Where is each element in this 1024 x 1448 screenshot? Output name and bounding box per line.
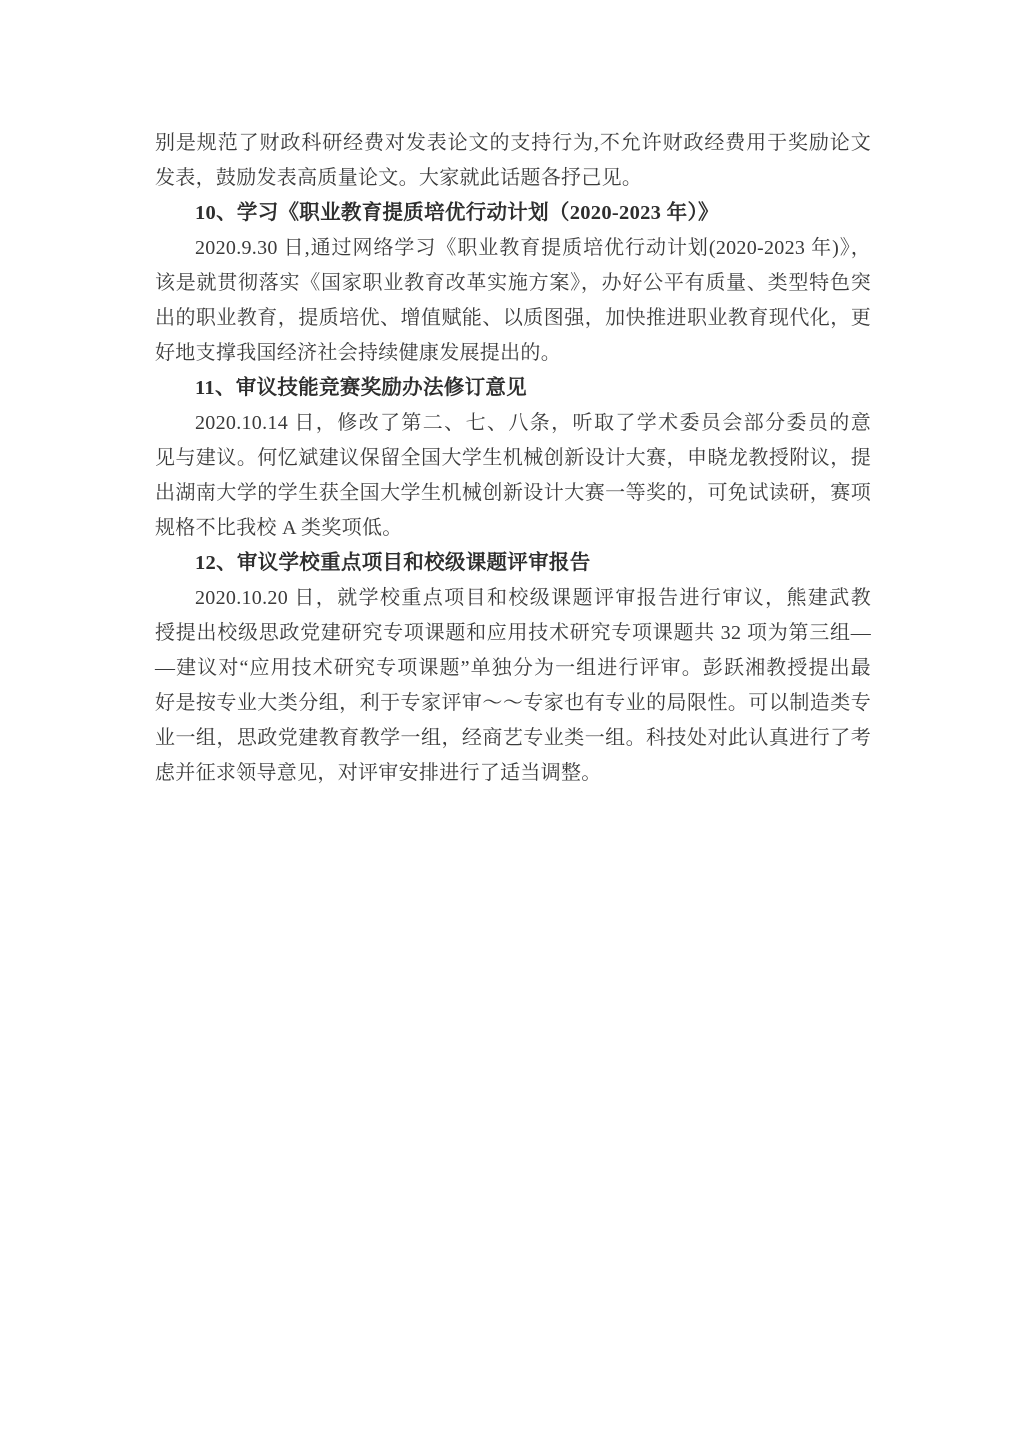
body-line: 别是规范了财政科研经费对发表论文的支持行为,不允许财政经费用于奖励论文	[155, 126, 871, 161]
body-line: 好是按专业大类分组，利于专家评审～～专家也有专业的局限性。可以制造类专	[155, 686, 871, 721]
body-line: 好地支撑我国经济社会持续健康发展提出的。	[155, 336, 871, 371]
body-line: 出的职业教育，提质培优、增值赋能、以质图强，加快推进职业教育现代化，更	[155, 301, 871, 336]
body-line: —建议对“应用技术研究专项课题”单独分为一组进行评审。彭跃湘教授提出最	[155, 651, 871, 686]
body-line: 2020.9.30 日,通过网络学习《职业教育提质培优行动计划(2020-202…	[155, 231, 871, 266]
body-line: 发表，鼓励发表高质量论文。大家就此话题各抒己见。	[155, 161, 871, 196]
section-10-heading: 10、学习《职业教育提质培优行动计划（2020-2023 年）》	[155, 196, 871, 231]
body-line: 规格不比我校 A 类奖项低。	[155, 511, 871, 546]
section-11-heading: 11、审议技能竞赛奖励办法修订意见	[155, 371, 871, 406]
body-line: 授提出校级思政党建研究专项课题和应用技术研究专项课题共 32 项为第三组—	[155, 616, 871, 651]
body-line: 业一组，思政党建教育教学一组，经商艺专业类一组。科技处对此认真进行了考	[155, 721, 871, 756]
body-line: 虑并征求领导意见，对评审安排进行了适当调整。	[155, 756, 871, 791]
document-page: 别是规范了财政科研经费对发表论文的支持行为,不允许财政经费用于奖励论文 发表，鼓…	[0, 0, 1024, 1448]
body-line: 2020.10.20 日，就学校重点项目和校级课题评审报告进行审议，熊建武教	[155, 581, 871, 616]
body-line: 该是就贯彻落实《国家职业教育改革实施方案》，办好公平有质量、类型特色突	[155, 266, 871, 301]
body-line: 出湖南大学的学生获全国大学生机械创新设计大赛一等奖的，可免试读研，赛项	[155, 476, 871, 511]
section-12-heading: 12、审议学校重点项目和校级课题评审报告	[155, 546, 871, 581]
document-content: 别是规范了财政科研经费对发表论文的支持行为,不允许财政经费用于奖励论文 发表，鼓…	[155, 126, 871, 791]
body-line: 见与建议。何忆斌建议保留全国大学生机械创新设计大赛，申晓龙教授附议，提	[155, 441, 871, 476]
body-line: 2020.10.14 日，修改了第二、七、八条，听取了学术委员会部分委员的意	[155, 406, 871, 441]
